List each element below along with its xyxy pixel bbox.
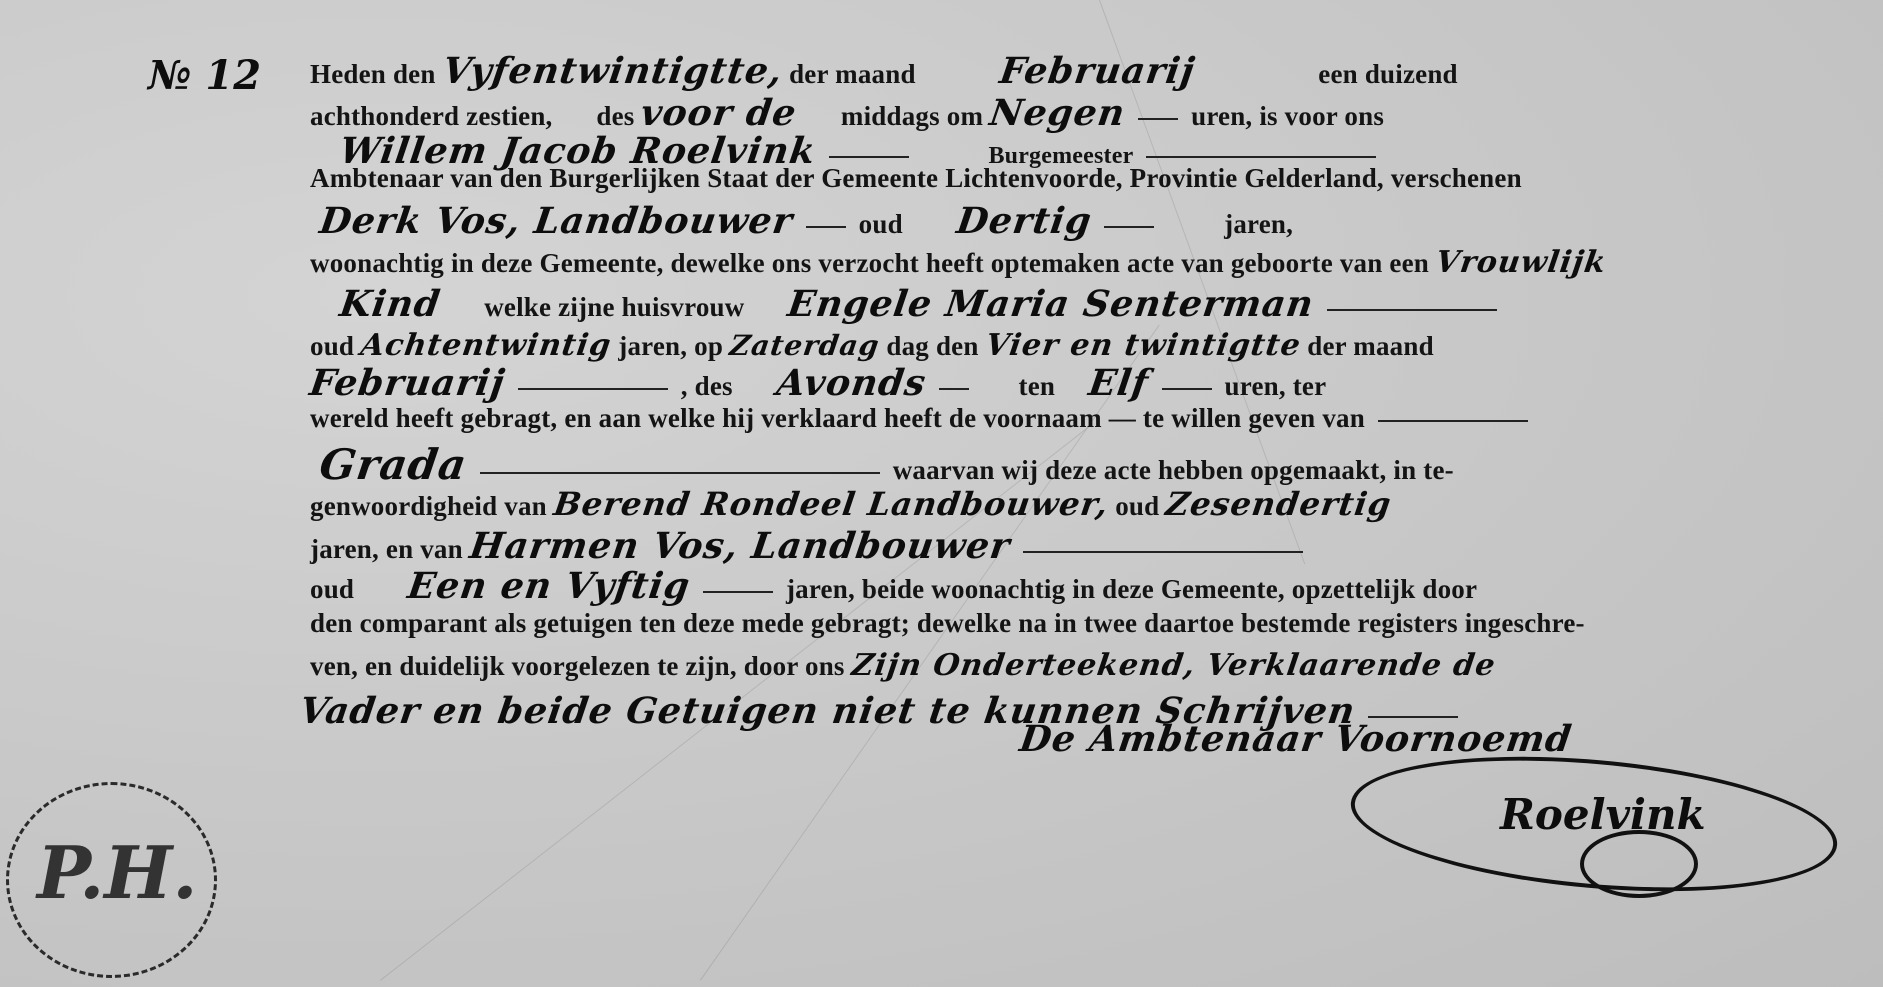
record-line-16: ven, en duidelijk voorgelezen te zijn, d… xyxy=(310,648,1495,683)
printed-text: oud xyxy=(1115,491,1159,521)
fill-line xyxy=(1138,118,1178,120)
handwritten-month: Februarij xyxy=(997,50,1198,92)
printed-text: Heden den xyxy=(310,59,436,89)
seal-monogram: P.H. xyxy=(37,830,197,915)
printed-text: oud xyxy=(859,209,903,239)
record-line-11: Grada waarvan wij deze acte hebben opgem… xyxy=(320,440,1454,489)
printed-text: waarvan wij deze acte hebben opgemaakt, … xyxy=(893,455,1454,485)
printed-text: uren, is voor ons xyxy=(1191,101,1384,131)
printed-text: een duizend xyxy=(1318,59,1457,89)
handwritten-birth-day: Vier en twintigtte xyxy=(983,328,1303,363)
signature-flourish-loop xyxy=(1580,830,1698,898)
record-line-1: Heden den Vyfentwintigtte, der maand Feb… xyxy=(310,50,1458,92)
record-line-13: jaren, en van Harmen Vos, Landbouwer xyxy=(310,525,1309,567)
printed-text: jaren, op xyxy=(618,331,723,361)
handwritten-witness-2-age: Een en Vyftig xyxy=(405,565,693,607)
printed-text: den comparant als getuigen ten deze mede… xyxy=(310,608,1585,638)
handwritten-hour: Negen xyxy=(987,92,1128,134)
fill-line xyxy=(829,156,909,158)
handwritten-day: Vyfentwintigtte, xyxy=(440,50,786,92)
record-line-8: oud Achtentwintig jaren, op Zaterdag dag… xyxy=(310,328,1434,363)
handwritten-official-closing: De Ambtenaar Voornoemd xyxy=(1017,718,1575,760)
printed-text: dag den xyxy=(886,331,978,361)
printed-text: genwoordigheid van xyxy=(310,491,547,521)
handwritten-mother-name: Engele Maria Senterman xyxy=(785,283,1317,325)
printed-text: der maand xyxy=(789,59,916,89)
handwritten-witness-1-age: Zesendertig xyxy=(1164,485,1395,523)
printed-text: ven, en duidelijk voorgelezen te zijn, d… xyxy=(310,651,845,681)
fill-line xyxy=(1104,226,1154,228)
fill-line xyxy=(1162,388,1212,390)
fill-line xyxy=(1378,420,1528,422)
handwritten-witness-2: Harmen Vos, Landbouwer xyxy=(467,525,1013,567)
printed-text: oud xyxy=(310,331,354,361)
printed-text: wereld heeft gebragt, en aan welke hij v… xyxy=(310,403,1365,433)
fill-line xyxy=(1327,309,1497,311)
record-line-2: achthonderd zestien, des voor de middags… xyxy=(310,92,1384,134)
record-line-15: den comparant als getuigen ten deze mede… xyxy=(310,608,1585,639)
record-number: № 12 xyxy=(148,52,261,99)
handwritten-child-sex: Vrouwlijk xyxy=(1433,245,1608,280)
record-line-5: Derk Vos, Landbouwer oud Dertig jaren, xyxy=(320,200,1293,242)
document-page: № 12 Heden den Vyfentwintigtte, der maan… xyxy=(0,0,1883,987)
printed-text: middags om xyxy=(841,101,983,131)
handwritten-birth-hour: Elf xyxy=(1086,362,1152,404)
handwritten-time-of-day: voor de xyxy=(639,92,800,134)
fill-line xyxy=(939,388,969,390)
printed-text: jaren, beide woonachtig in deze Gemeente… xyxy=(786,574,1477,604)
printed-text: welke zijne huisvrouw xyxy=(484,292,744,322)
handwritten-witness-1: Berend Rondeel Landbouwer, xyxy=(551,485,1111,523)
record-line-10: wereld heeft gebragt, en aan welke hij v… xyxy=(310,403,1534,434)
printed-text: jaren, xyxy=(1224,209,1293,239)
printed-text: der maand xyxy=(1307,331,1434,361)
printed-text: jaren, en van xyxy=(310,534,463,564)
printed-text: achthonderd zestien, xyxy=(310,101,553,131)
printed-text: woonachtig in deze Gemeente, dewelke ons… xyxy=(310,248,1429,278)
handwritten-birth-month: Februarij xyxy=(307,362,508,404)
fill-line xyxy=(518,388,668,390)
fill-line xyxy=(703,591,773,593)
fill-line xyxy=(806,226,846,228)
handwritten-birth-time-of-day: Avonds xyxy=(774,362,929,404)
stamp-seal: P.H. xyxy=(6,782,217,978)
handwritten-mother-age: Achtentwintig xyxy=(359,328,614,363)
signature: Roelvink xyxy=(1500,790,1706,839)
printed-text: ten xyxy=(1019,371,1056,401)
fill-line xyxy=(1023,551,1303,553)
record-line-7: Kind welke zijne huisvrouw Engele Maria … xyxy=(340,283,1503,325)
record-line-12: genwoordigheid van Berend Rondeel Landbo… xyxy=(310,485,1392,523)
record-line-14: oud Een en Vyftig jaren, beide woonachti… xyxy=(310,565,1477,607)
handwritten-child-first-name: Grada xyxy=(317,440,471,489)
record-line-18: De Ambtenaar Voornoemd xyxy=(1020,718,1572,760)
printed-text: Ambtenaar van den Burgerlijken Staat der… xyxy=(310,163,1522,193)
printed-text: uren, ter xyxy=(1225,371,1327,401)
handwritten-father-age: Dertig xyxy=(954,200,1094,242)
handwritten-weekday: Zaterdag xyxy=(728,329,882,362)
record-line-4: Ambtenaar van den Burgerlijken Staat der… xyxy=(310,163,1522,194)
handwritten-father-name: Derk Vos, Landbouwer xyxy=(317,200,796,242)
record-line-9: Februarij , des Avonds ten Elf uren, ter xyxy=(310,362,1326,404)
handwritten-child: Kind xyxy=(337,283,443,325)
fill-line xyxy=(480,472,880,474)
printed-text: oud xyxy=(310,574,354,604)
printed-text: des xyxy=(596,101,634,131)
printed-text: , des xyxy=(681,371,733,401)
handwritten-signing-note: Zijn Onderteekend, Verklaarende de xyxy=(849,648,1497,683)
record-line-6: woonachtig in deze Gemeente, dewelke ons… xyxy=(310,245,1606,280)
fill-line xyxy=(1146,156,1376,158)
